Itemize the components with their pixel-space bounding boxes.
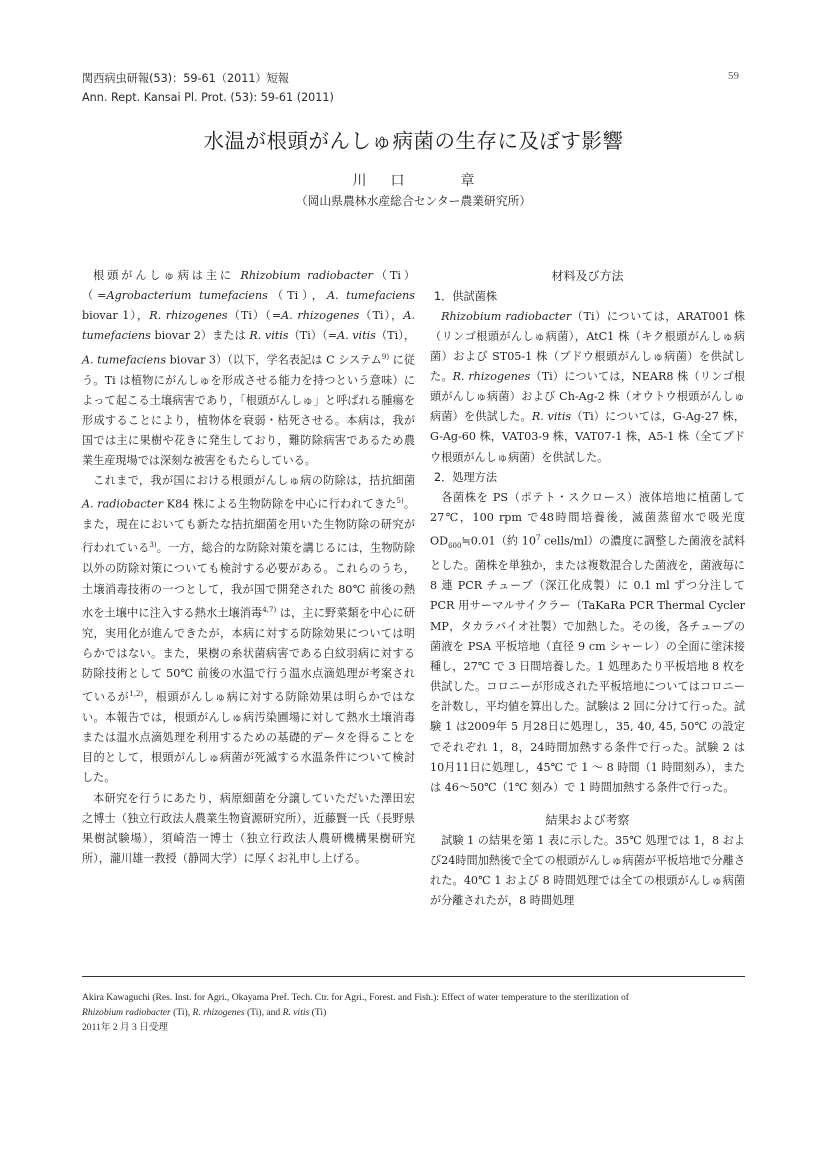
journal-header-japanese: 関西病虫研報(53)：59-61（2011）短報 [82,70,289,86]
treatment-paragraph: 各菌株を PS（ポテト・スクロース）液体培地に植菌して 27℃，100 rpm … [430,488,745,798]
right-column: 材料及び方法 1．供試菌株 Rhizobium radiobacter（Ti）に… [430,266,745,911]
citation-ref: 4,7) [262,606,276,614]
footnote: Akira Kawaguchi (Res. Inst. for Agri., O… [82,990,752,1035]
acknowledgement-paragraph: 本研究を行うにあたり，病原細菌を分譲していただいた澤田宏之博士（独立行政法人農業… [82,789,415,870]
author-given-name: 章 [461,170,475,190]
results-heading: 結果および考察 [430,810,745,831]
page-number: 59 [728,70,739,82]
strains-subheading: 1．供試菌株 [430,287,745,307]
introduction-paragraph-2: これまで，我が国における根頭がんしゅ病の防除は，拮抗細菌 A. radiobac… [82,471,415,788]
received-date: 2011年 2 月 3 日受理 [82,1020,752,1035]
author-surname-1: 川 [353,170,367,190]
author-affiliation: （岡山県農林水産総合センター農業研究所） [0,192,827,209]
citation-ref: 3) [149,541,156,549]
english-citation-line-1: Akira Kawaguchi (Res. Inst. for Agri., O… [82,990,752,1005]
citation-ref: 5) [397,497,404,505]
introduction-paragraph-1: 根頭がんしゅ病は主に Rhizobium radiobacter（Ti）（=Ag… [82,266,415,471]
author-name: 川口章 [0,170,827,190]
english-citation-line-2: Rhizobium radiobacter (Ti), R. rhizogene… [82,1005,752,1020]
strains-paragraph: Rhizobium radiobacter（Ti）については，ARAT001 株… [430,307,745,468]
citation-ref: 9) [382,353,389,361]
footnote-divider [82,976,745,977]
left-column: 根頭がんしゅ病は主に Rhizobium radiobacter（Ti）（=Ag… [82,266,415,869]
paper-title: 水温が根頭がんしゅ病菌の生存に及ぼす影響 [0,124,827,154]
author-surname-2: 口 [391,170,405,190]
journal-header-english: Ann. Rept. Kansai Pl. Prot. (53): 59-61 … [82,91,334,104]
results-paragraph: 試験 1 の結果を第 1 表に示した。35℃ 処理では 1，8 および24時間加… [430,831,745,912]
citation-ref: 1,2) [129,690,143,698]
methods-heading: 材料及び方法 [430,266,745,287]
treatment-subheading: 2．処理方法 [430,468,745,488]
